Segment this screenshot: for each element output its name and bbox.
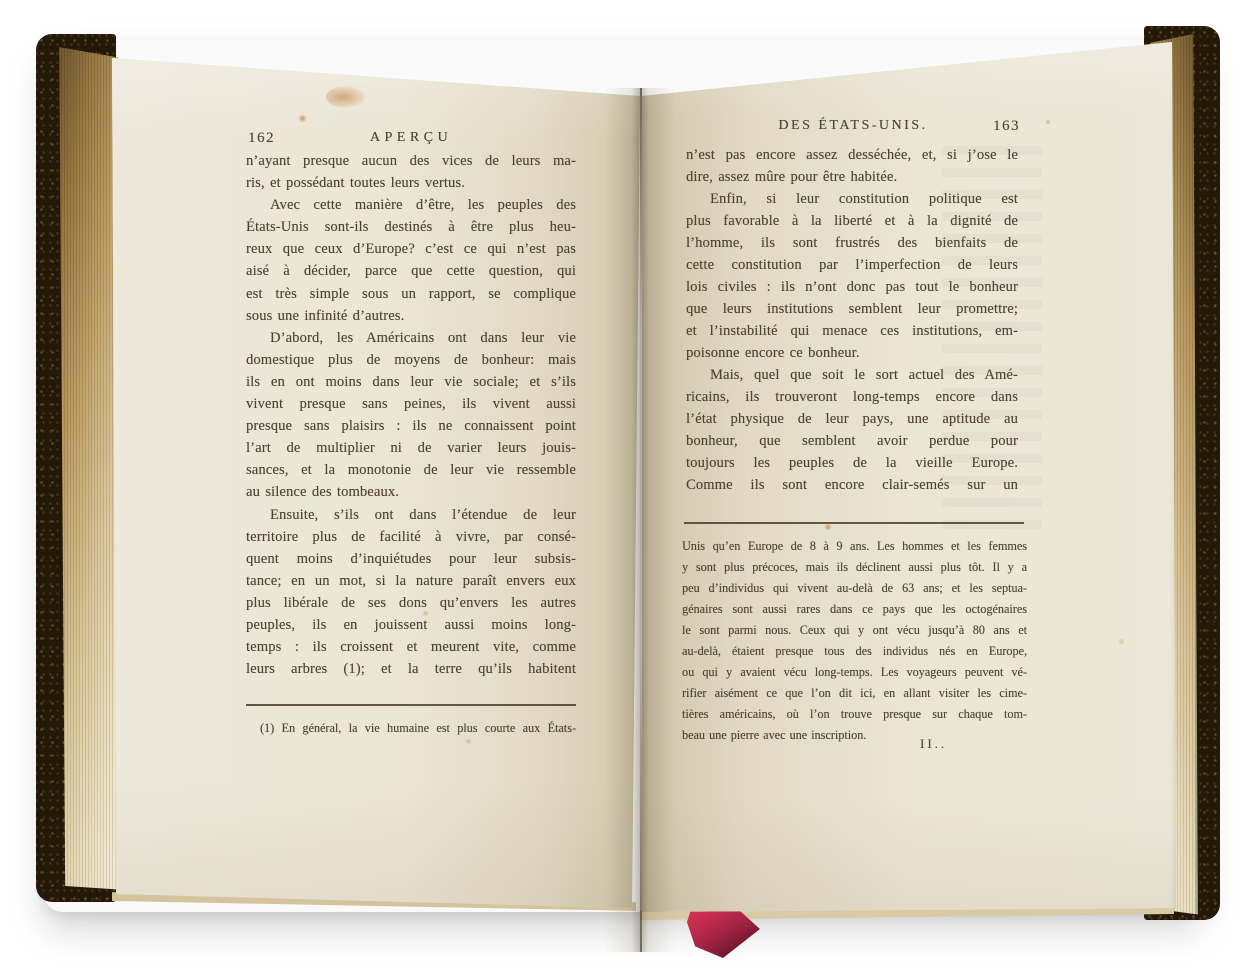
text-line: presque sans plaisirs : ils ne connaisse…	[246, 415, 576, 437]
text-line: lois civiles : ils n’ont donc pas tout l…	[686, 276, 1018, 298]
text-line: vivent presque sans peines, ils vivent a…	[246, 393, 576, 415]
text-line: dire, assez mûre pour être habitée.	[686, 166, 1018, 188]
fore-edge-left	[58, 42, 118, 898]
text-line: Ensuite, s’ils ont dans l’étendue de leu…	[246, 504, 576, 526]
left-page-header: 162 APERÇU	[246, 130, 576, 152]
foxing-spot	[298, 114, 307, 123]
text-line: plus favorable à la liberté et à la dign…	[686, 210, 1018, 232]
text-line: l’homme, ils sont frustrés des bienfaits…	[686, 232, 1018, 254]
text-line: et l’instabilité qui menace ces institut…	[686, 320, 1018, 342]
text-line: ris, et possédant toutes leurs vertus.	[246, 172, 576, 194]
text-line: (1) En général, la vie humaine est plus …	[246, 718, 576, 739]
text-line: ils en ont moins dans leur vie sociale; …	[246, 371, 576, 393]
foxing-spot	[824, 523, 832, 531]
left-page-body: n’ayant presque aucun des vices de leurs…	[246, 150, 576, 680]
text-line: temps : ils croissent et meurent vite, c…	[246, 636, 576, 658]
foxing-stain	[326, 86, 366, 108]
foxing-spot	[1045, 119, 1051, 125]
text-line: n’est pas encore assez desséchée, et, si…	[686, 144, 1018, 166]
right-page-body: n’est pas encore assez desséchée, et, si…	[686, 144, 1018, 496]
text-line: au silence des tombeaux.	[246, 481, 576, 503]
foxing-spot	[1118, 638, 1125, 645]
left-page-footnote: (1) En général, la vie humaine est plus …	[246, 718, 576, 739]
text-line: plus libérale de ses dons qu’envers les …	[246, 592, 576, 614]
page-number-right: 163	[993, 118, 1020, 135]
text-line: tières américains, où l’on trouve presqu…	[682, 704, 1027, 725]
text-line: tance; en un mot, si la nature paraît en…	[246, 570, 576, 592]
text-line: sous une infinité d’autres.	[246, 305, 576, 327]
text-line: bonheur, que semblent avoir perdue pour	[686, 430, 1018, 452]
text-line: génaires sont aussi rares dans ce pays q…	[682, 599, 1027, 620]
footnote-rule-right	[684, 522, 1024, 524]
text-line: quent moins d’inquiétudes pour leur subs…	[246, 548, 576, 570]
right-page-header: DES ÉTATS-UNIS. 163	[686, 118, 1020, 140]
text-line: leurs arbres (1); et la terre qu’ils hab…	[246, 658, 576, 680]
text-line: que leurs institutions semblent leur pro…	[686, 298, 1018, 320]
text-line: est très simple sous un rapport, se comp…	[246, 283, 576, 305]
foxing-spot	[465, 738, 472, 745]
text-line: États-Unis sont-ils destinés à être plus…	[246, 216, 576, 238]
text-line: territoire plus de facilité à vivre, par…	[246, 526, 576, 548]
text-line: Comme ils sont encore clair-semés sur un	[686, 474, 1018, 496]
running-header-right: DES ÉTATS-UNIS.	[686, 118, 1020, 134]
text-line: le sont parmi nous. Ceux qui y ont vécu …	[682, 620, 1027, 641]
text-line: reux que ceux d’Europe? c’est ce qui n’e…	[246, 238, 576, 260]
text-line: aisé à décider, parce que cette question…	[246, 260, 576, 282]
text-line: au-delà, étaient presque tous des indivi…	[682, 641, 1027, 662]
text-line: Avec cette manière d’être, les peuples d…	[246, 194, 576, 216]
text-line: ou qui y avaient vécu long-temps. Les vo…	[682, 662, 1027, 683]
text-line: Unis qu’en Europe de 8 à 9 ans. Les homm…	[682, 536, 1027, 557]
right-page-footnote: Unis qu’en Europe de 8 à 9 ans. Les homm…	[682, 536, 1027, 746]
text-line: beau une pierre avec une inscription.	[682, 725, 1027, 746]
text-line: ricains, ils trouveront long-temps encor…	[686, 386, 1018, 408]
signature-mark: II..	[920, 736, 947, 752]
text-line: Mais, quel que soit le sort actuel des A…	[686, 364, 1018, 386]
text-line: D’abord, les Américains ont dans leur vi…	[246, 327, 576, 349]
running-header-left: APERÇU	[246, 130, 576, 146]
text-line: rifier aisément ce que l’on dit ici, en …	[682, 683, 1027, 704]
left-page: 162 APERÇU n’ayant presque aucun des vic…	[108, 52, 644, 944]
text-line: n’ayant presque aucun des vices de leurs…	[246, 150, 576, 172]
text-line: l’art de multiplier ni de varier leurs j…	[246, 437, 576, 459]
footnote-rule-left	[246, 704, 576, 706]
page-number-left: 162	[248, 130, 275, 147]
text-line: peuples, ils en jouissent aussi moins lo…	[246, 614, 576, 636]
text-line: y sont plus précoces, mais ils déclinent…	[682, 557, 1027, 578]
foxing-spot	[422, 610, 429, 617]
photo-of-open-book: 162 APERÇU n’ayant presque aucun des vic…	[0, 0, 1248, 971]
text-line: domestique plus de moyens de bonheur: ma…	[246, 349, 576, 371]
text-line: l’état physique de leur pays, une aptitu…	[686, 408, 1018, 430]
text-line: poisonne encore ce bonheur.	[686, 342, 1018, 364]
right-page: DES ÉTATS-UNIS. 163 n’est pas encore ass…	[642, 36, 1178, 944]
text-line: cette constitution par l’imperfection de…	[686, 254, 1018, 276]
text-line: sances, et la monotonie de leur vie ress…	[246, 459, 576, 481]
text-line: Enfin, si leur constitution politique es…	[686, 188, 1018, 210]
text-line: peu d’individus qui vivent au-delà de 63…	[682, 578, 1027, 599]
text-line: toujours les peuples de la vieille Europ…	[686, 452, 1018, 474]
